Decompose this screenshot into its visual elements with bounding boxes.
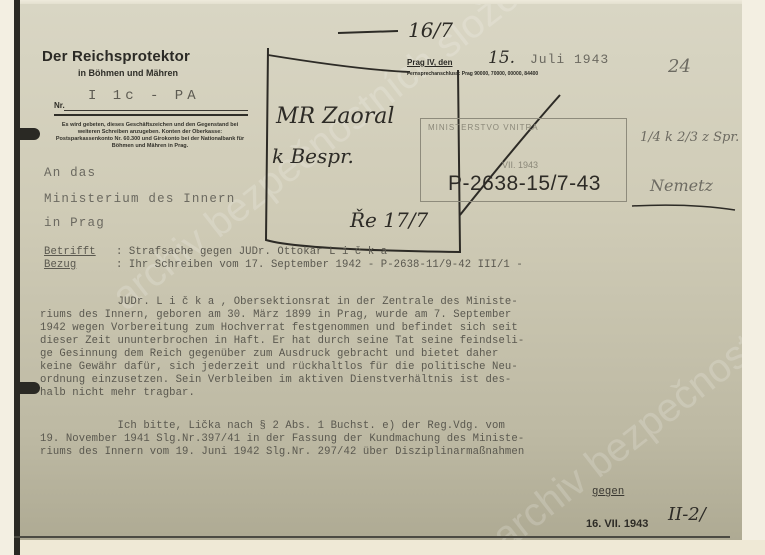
body-line: 19. November 1941 Slg.Nr.397/41 in der F… [40,433,524,445]
body-line: 1942 wegen Vorbereitung zum Hochverrat f… [40,322,518,334]
letter-date: Juli 1943 [530,52,609,67]
margin-note-1: 1/4 k 2/3 z Spr. [640,130,739,145]
body-line: ge Gesinnung dem Reich gegenüber zum Aus… [40,348,498,360]
receipt-stamp-date: VII. 1943 [502,160,538,170]
handwritten-initials: Ře 17/7 [350,208,428,232]
handwritten-box-line-1: MR Zaoral [276,104,394,129]
handwritten-page-number: 24 [668,56,691,77]
handwritten-day: 15. [488,48,515,68]
receipt-stamp-header: MINISTERSTVO VNITRA [428,123,539,132]
received-date-stamp: 16. VII. 1943 [586,518,648,530]
handwritten-box-lines [0,0,765,555]
phone-label: Fernsprechanschluss: Prag 90000, 70000, … [407,71,538,77]
betrifft-text: : Strafsache gegen JUDr. Ottokar L i č k… [116,246,387,258]
handwritten-footer-ref: II-2/ [668,504,706,525]
receipt-stamp-number: P-2638-15/7-43 [448,172,601,196]
bezug-label: Bezug [44,259,76,271]
margin-note-2: Nemetz [650,176,713,195]
body-line: riums des Innern vom 19. Juni 1942 Slg.N… [40,446,524,458]
body-line: Ich bitte, Lička nach § 2 Abs. 1 Buchst.… [40,420,505,432]
betrifft-label: Betrifft [44,246,96,258]
body-line: riums des Innern, geboren am 30. März 18… [40,309,511,321]
bezug-text: : Ihr Schreiben vom 17. September 1942 -… [116,259,523,271]
continuation-word: gegen [592,486,624,498]
place-date-label: Prag IV, den [407,58,453,67]
body-line: JUDr. L i č k a , Obersektionsrat in der… [40,296,518,308]
body-line: dieser Zeit ununterbrochen in Haft. Er h… [40,335,524,347]
handwritten-top-note: 16/7 [408,18,453,42]
body-line: ordnung einzusetzen. Sein Verbleiben im … [40,374,511,386]
body-line: keine Gewähr dafür, sich jederzeit und r… [40,361,518,373]
body-line: halb nicht mehr tragbar. [40,387,195,399]
handwritten-box-line-2: k Bespr. [272,144,354,168]
